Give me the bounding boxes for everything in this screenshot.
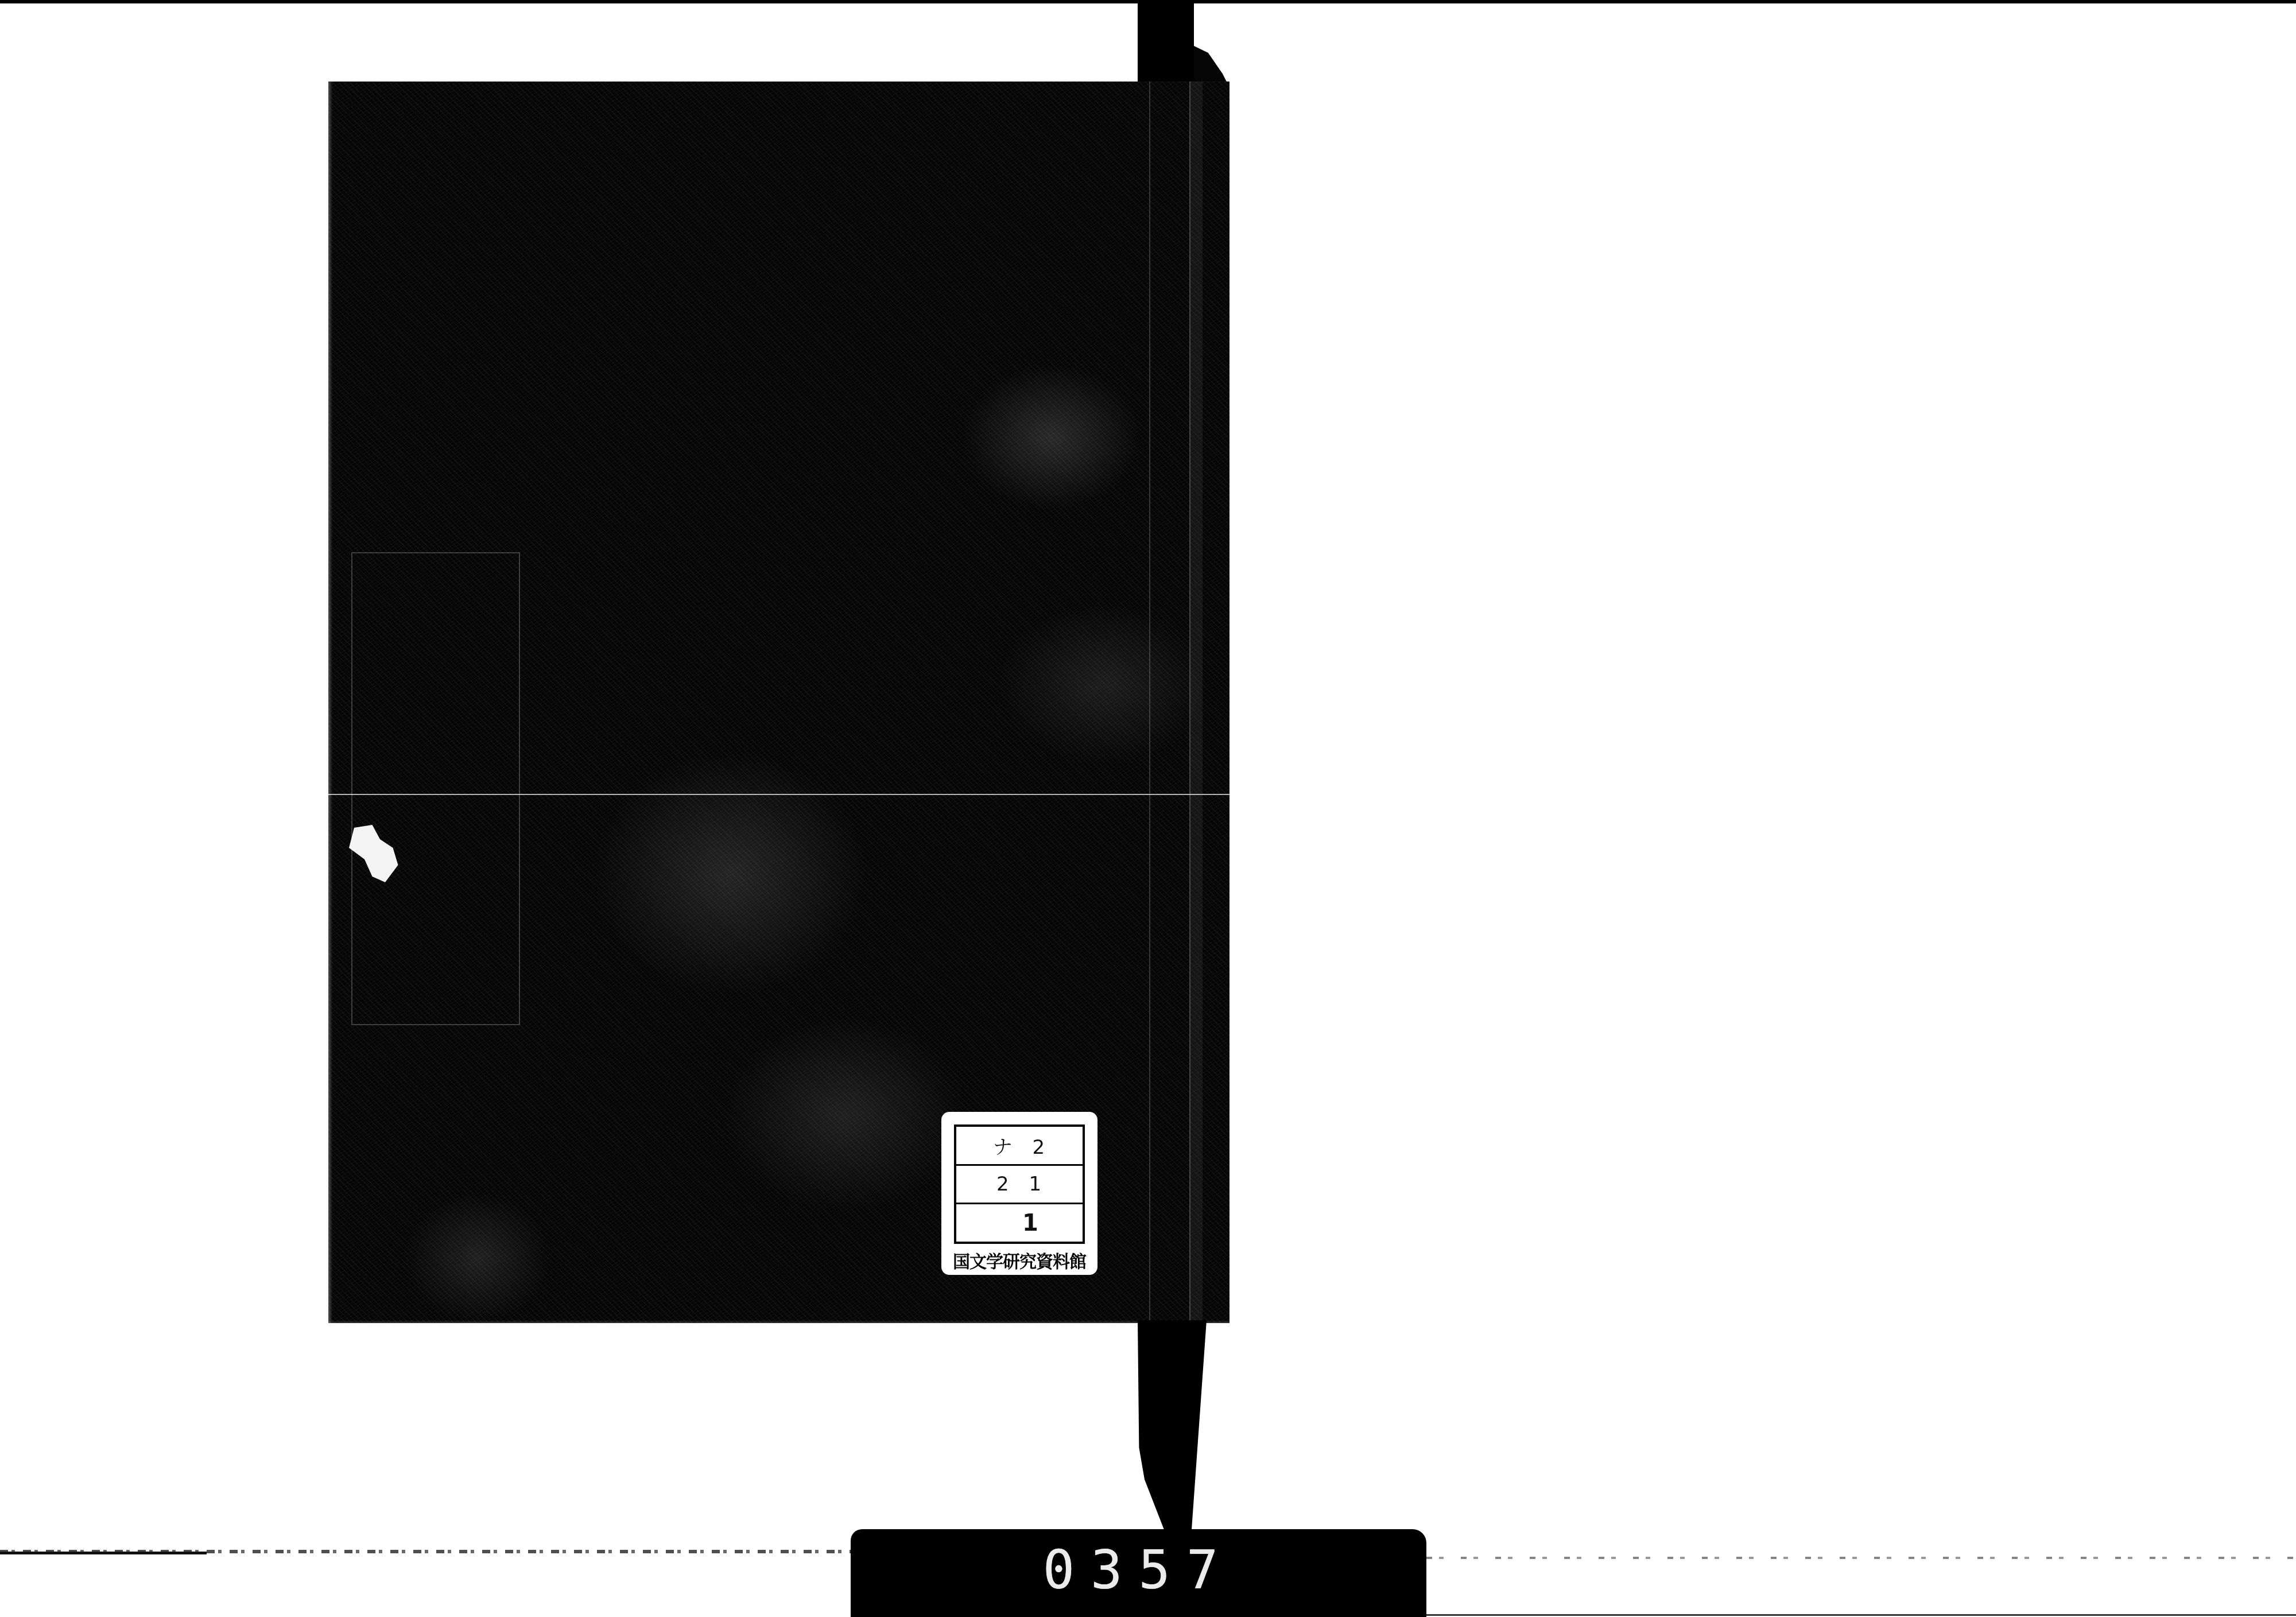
scale-ruler-left-bar (0, 1552, 207, 1554)
call-number-row-2: 2 1 (956, 1164, 1083, 1203)
call-number-table: ナ 2 2 1 1 (954, 1124, 1085, 1244)
frame-counter: 0357 (851, 1529, 1426, 1617)
call-number-label: ナ 2 2 1 1 国文学研究資料館 (941, 1112, 1097, 1275)
call-number-row-1: ナ 2 (956, 1127, 1083, 1164)
scan-artifact-line (328, 794, 1230, 795)
institution-name: 国文学研究資料館 (941, 1247, 1097, 1273)
scanner-bottom-edge (1426, 1614, 2296, 1616)
bookmark-strip-bottom (1138, 1320, 1207, 1533)
scale-ruler-right (1426, 1557, 2296, 1559)
scan-page: ナ 2 2 1 1 国文学研究資料館 0357 (0, 0, 2296, 1617)
frame-counter-digits: 0357 (851, 1540, 1426, 1601)
bookmark-strip-top (1138, 0, 1194, 92)
title-slip-frame (351, 552, 520, 1025)
spine-binding-bands (1135, 82, 1230, 1323)
call-number-row-3: 1 (956, 1203, 1083, 1242)
